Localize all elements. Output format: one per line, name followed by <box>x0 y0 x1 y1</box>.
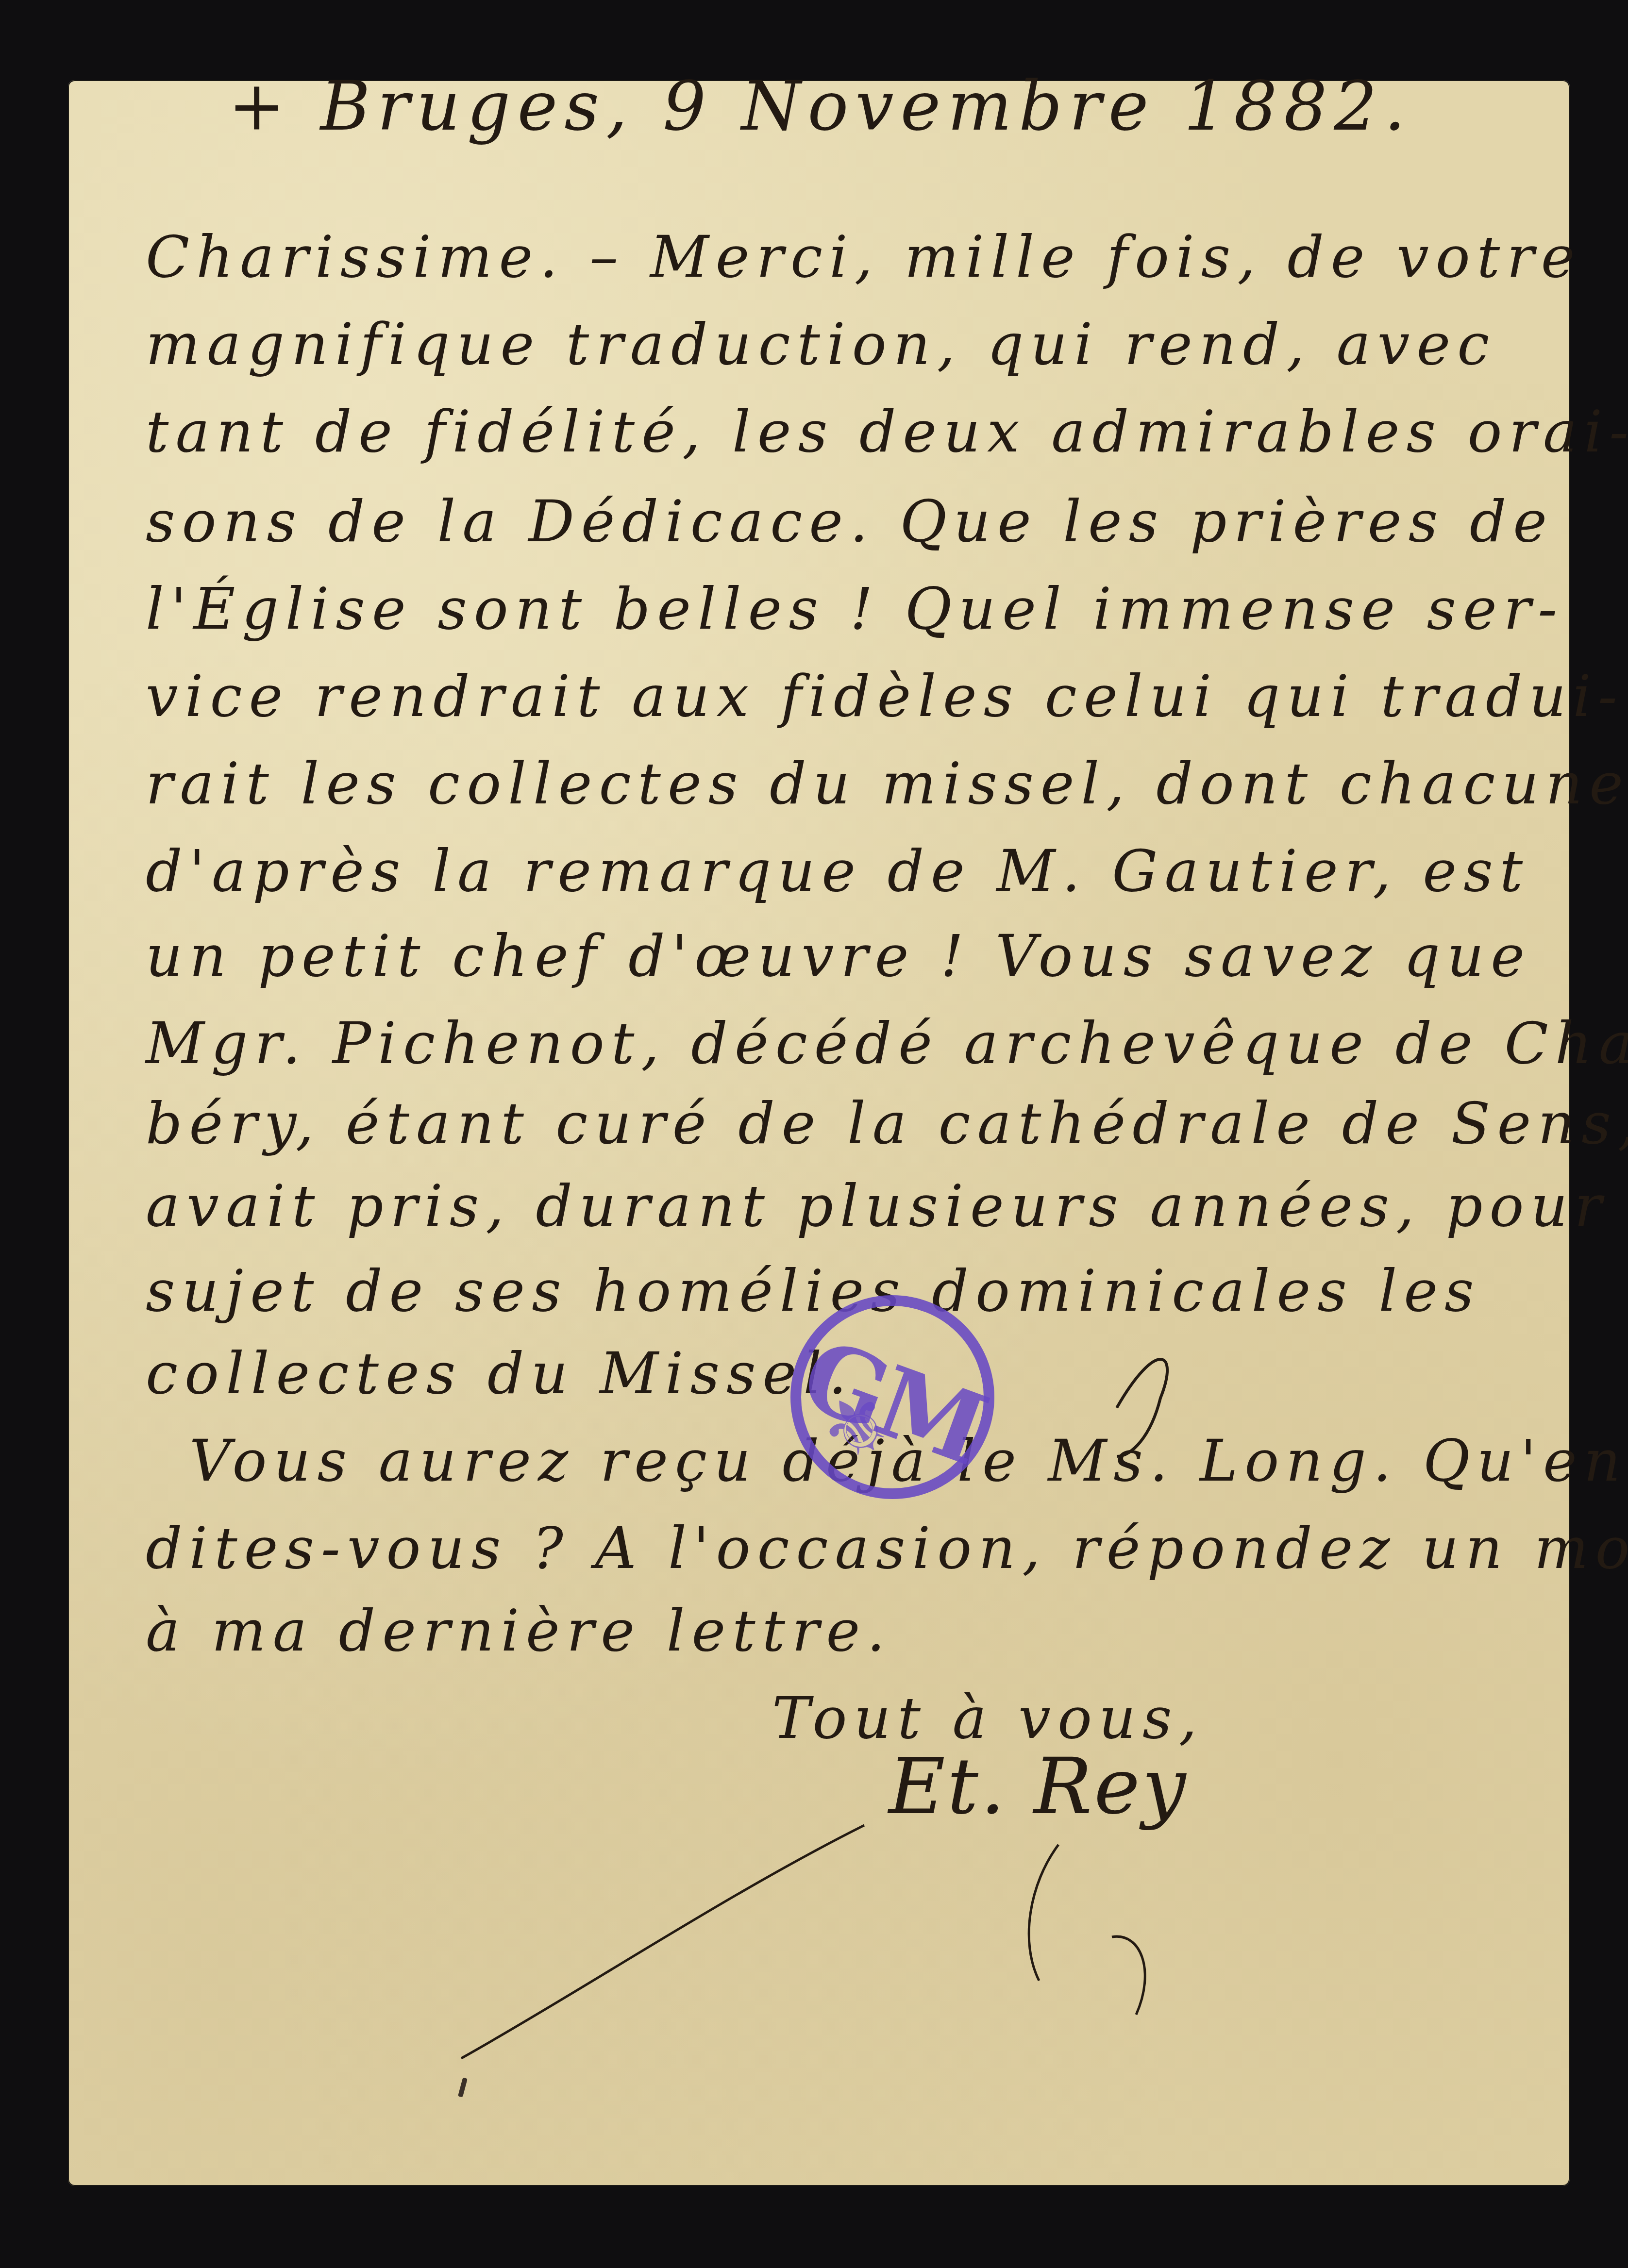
body-line-3: tant de fidélité, les deux admirables or… <box>146 403 1628 460</box>
body-line-9: un petit chef d'œuvre ! Vous savez que <box>146 927 1531 984</box>
gm-monogram-stamp: ⚜ GM <box>790 1295 994 1499</box>
body-line-2: magnifique traduction, qui rend, avec <box>146 316 1496 373</box>
body-line-4: sons de la Dédicace. Que les prières de <box>146 493 1554 550</box>
body-line-8: d'après la remarque de M. Gautier, est <box>146 842 1529 900</box>
body-line-7: rait les collectes du missel, dont chacu… <box>146 755 1628 812</box>
body-line-6: vice rendrait aux fidèles celui qui trad… <box>146 667 1624 725</box>
body-line-16: dites-vous ? A l'occasion, répondez un m… <box>146 1519 1628 1577</box>
body-line-10: Mgr. Pichenot, décédé archevêque de Cham… <box>146 1015 1628 1072</box>
signature: Et. Rey <box>889 1748 1188 1825</box>
body-line-14: collectes du Missel. <box>146 1345 854 1402</box>
body-line-12: avait pris, durant plusieurs années, pou… <box>146 1177 1609 1234</box>
closing-salutation: Tout à vous, <box>772 1689 1204 1747</box>
scan-background: + Bruges, 9 Novembre 1882. Charissime. –… <box>0 0 1628 2268</box>
body-line-1: Charissime. – Merci, mille fois, de votr… <box>146 228 1582 285</box>
body-line-5: l'Église sont belles ! Quel immense ser- <box>146 580 1564 637</box>
stamp-monogram: GM <box>787 1317 998 1486</box>
body-line-11: béry, étant curé de la cathédrale de Sen… <box>146 1095 1628 1152</box>
dateline: + Bruges, 9 Novembre 1882. <box>228 73 1412 141</box>
body-line-13: sujet de ses homélies dominicales les <box>146 1262 1481 1319</box>
body-line-17: à ma dernière lettre. <box>146 1602 892 1659</box>
